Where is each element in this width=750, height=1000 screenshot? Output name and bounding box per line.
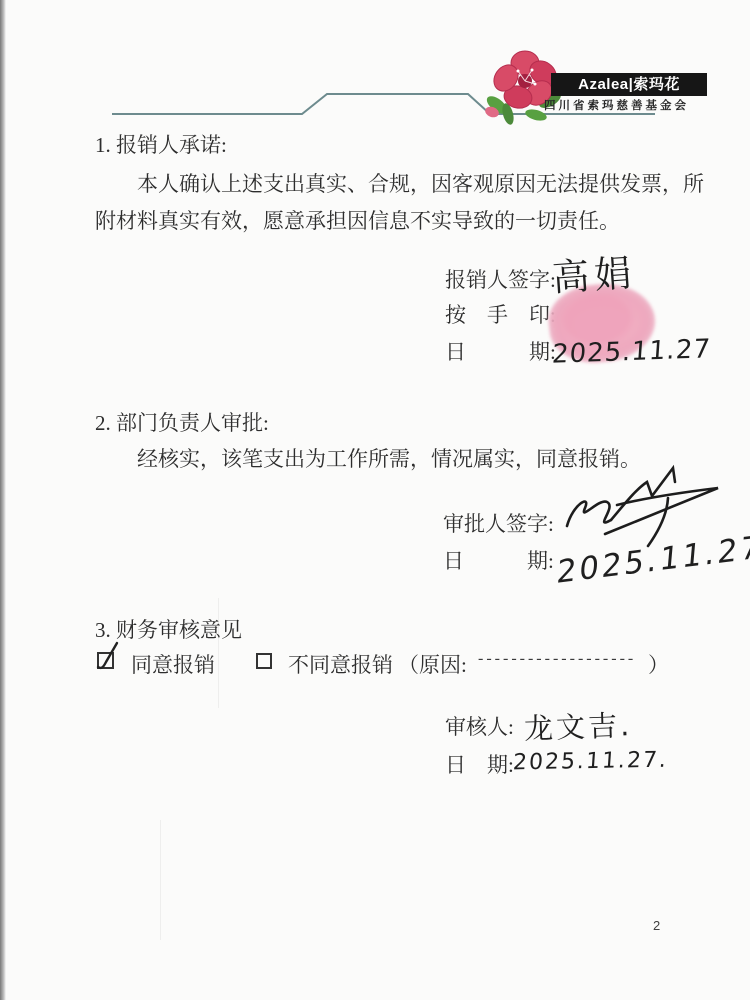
claimant-signature-label: 报销人签字: xyxy=(445,267,556,293)
logo-subtitle: 四川省索玛慈善基金会 xyxy=(544,97,710,113)
section2-date-label: 日 期: xyxy=(443,548,554,574)
logo-banner: Azalea|索玛花 xyxy=(551,73,707,96)
disagree-checkbox xyxy=(256,653,272,669)
scan-line-artifact xyxy=(160,820,161,940)
scan-left-edge-artifact xyxy=(0,0,6,1000)
agree-checkmark xyxy=(92,640,122,674)
claimant-signature-handwriting: 高娟 xyxy=(550,242,638,302)
section3-date-label: 日 期: xyxy=(445,752,514,778)
reason-prefix: （原因: xyxy=(398,652,467,678)
disagree-label: 不同意报销 xyxy=(288,652,393,678)
logo-banner-text: Azalea|索玛花 xyxy=(578,76,680,93)
section3-date-handwriting: 2025.11.27. xyxy=(512,748,669,776)
fingerprint-label: 按 手 印: xyxy=(445,302,556,328)
page-number: 2 xyxy=(653,918,660,933)
scanned-document-page: Azalea|索玛花 四川省索玛慈善基金会 1. 报销人承诺: 本人确认上述支出… xyxy=(0,0,750,1000)
section1-date-label: 日 期: xyxy=(445,339,556,365)
scan-line-artifact xyxy=(218,598,219,708)
auditor-label: 审核人: xyxy=(445,714,514,740)
section2-title: 2. 部门负责人审批: xyxy=(95,410,269,436)
agree-label: 同意报销 xyxy=(131,652,215,678)
reason-suffix: ） xyxy=(648,652,669,678)
section1-body-line2: 附材料真实有效，愿意承担因信息不实导致的一切责任。 xyxy=(95,208,620,234)
section1-date-handwriting: 2025.11.27 xyxy=(551,334,712,370)
reason-blank-dashes: ------------------- xyxy=(478,649,636,669)
section1-title: 1. 报销人承诺: xyxy=(95,132,227,158)
section1-body-line1: 本人确认上述支出真实、合规，因客观原因无法提供发票，所 xyxy=(137,171,704,197)
approver-signature-label: 审批人签字: xyxy=(443,511,554,537)
auditor-signature-handwriting: 龙文吉. xyxy=(523,703,633,748)
